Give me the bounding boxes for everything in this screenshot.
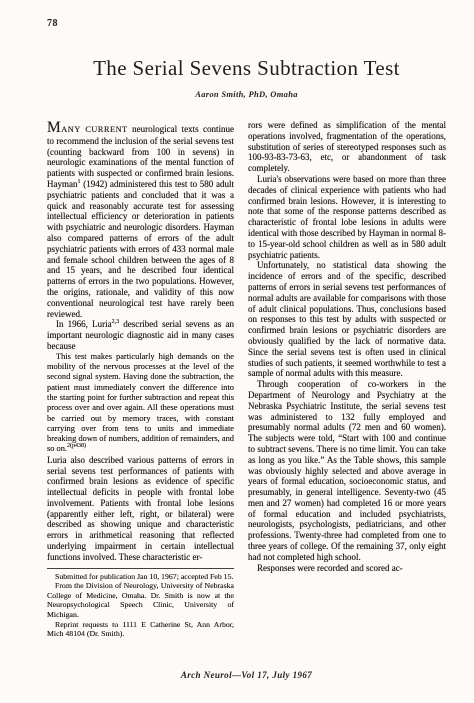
journal-page: 78 The Serial Sevens Subtraction Test Aa… <box>0 0 474 703</box>
quotation-text: This test makes particularly high demand… <box>47 352 234 454</box>
lead-small-caps: ANY CURRENT <box>61 125 127 134</box>
block-quotation: This test makes particularly high demand… <box>47 352 234 455</box>
paragraph-luria-patterns: Luria also described various patterns of… <box>47 455 234 563</box>
paragraph-text: In 1966, Luria <box>56 319 112 329</box>
footnote-reprints: Reprint requests to 1111 E Catherine St,… <box>47 620 234 639</box>
lead-initial-cap: M <box>47 119 61 136</box>
paragraph-errors-defined: rors were defined as simplification of t… <box>248 120 446 174</box>
paragraph-study-sample: Through cooperation of co-workers in the… <box>248 379 446 563</box>
left-column: MANY CURRENT neurological texts continue… <box>47 120 234 639</box>
footnote-divider <box>47 568 234 569</box>
paragraph-no-statistical-data: Unfortunately, no statistical data showi… <box>248 260 446 379</box>
page-number: 78 <box>47 18 446 29</box>
paragraph-text: (1942) administered this test to 580 adu… <box>47 179 234 319</box>
two-column-body: MANY CURRENT neurological texts continue… <box>47 120 446 639</box>
reference-superscript: 2(p438) <box>67 444 86 450</box>
paragraph-intro: MANY CURRENT neurological texts continue… <box>47 120 234 319</box>
footnote-affiliation: From the Division of Neurology, Universi… <box>47 581 234 619</box>
footnote-submitted: Submitted for publication Jan 10, 1967; … <box>47 572 234 582</box>
paragraph-responses-recorded: Responses were recorded and scored ac- <box>248 563 446 574</box>
reference-superscript: 2,3 <box>112 319 120 325</box>
paragraph-luria-observations: Luria's observations were based on more … <box>248 174 446 260</box>
paragraph-luria-intro: In 1966, Luria2,3 described serial seven… <box>47 319 234 351</box>
right-column: rors were defined as simplification of t… <box>248 120 446 639</box>
article-author-byline: Aaron Smith, PhD, Omaha <box>47 89 446 99</box>
journal-footer: Arch Neurol—Vol 17, July 1967 <box>47 670 446 680</box>
article-title: The Serial Sevens Subtraction Test <box>47 56 446 81</box>
